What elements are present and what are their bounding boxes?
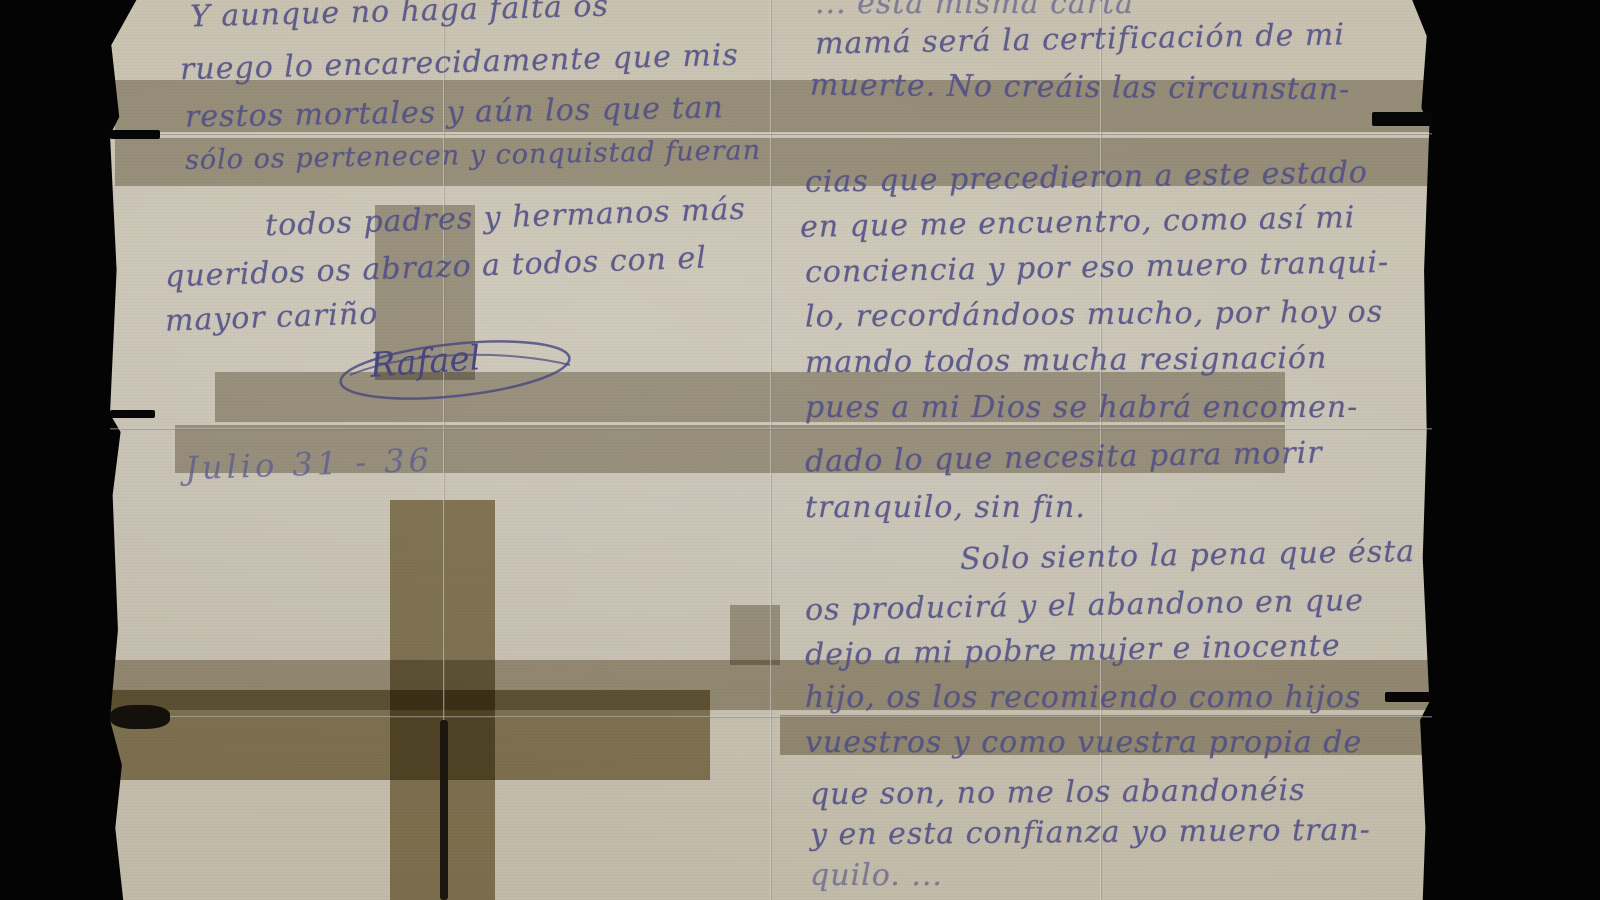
right-line-9: pues a mi Dios se habrá encomen- [805,390,1358,425]
right-line-7: lo, recordándoos mucho, por hoy os [805,294,1383,334]
right-line-1: ... esta misma carta [815,0,1134,21]
ink-stain-center [440,720,448,900]
tear-right-lower [1385,692,1432,702]
right-line-16: vuestros y como vuestra propia de [805,725,1362,760]
signature-name: Rafael [369,338,482,386]
ink-stain-left [110,705,170,729]
signature: Rafael [330,330,580,410]
photo-stage: Y aunque no haga falta os ruego lo encar… [0,0,1600,900]
right-line-18: y en esta confianza yo muero tran- [810,813,1371,853]
fold-horizontal-middle [110,428,1432,430]
right-line-19: quilo. ... [810,858,943,893]
tear-left-top [110,130,160,139]
fold-horizontal-top [110,133,1432,135]
right-line-11: tranquilo, sin fin. [805,490,1086,525]
right-line-17: que son, no me los abandonéis [810,773,1306,812]
tear-left-middle [110,410,155,418]
right-line-3: muerte. No creáis las circunstan- [810,68,1351,108]
right-line-15: hijo, os los recomiendo como hijos [805,680,1361,715]
tape-strip-vertical-3 [730,605,780,665]
right-line-8: mando todos mucha resignación [805,341,1328,381]
fold-vertical-center [770,0,772,900]
tear-right-top [1372,112,1432,126]
fold-horizontal-lower [110,716,1432,718]
